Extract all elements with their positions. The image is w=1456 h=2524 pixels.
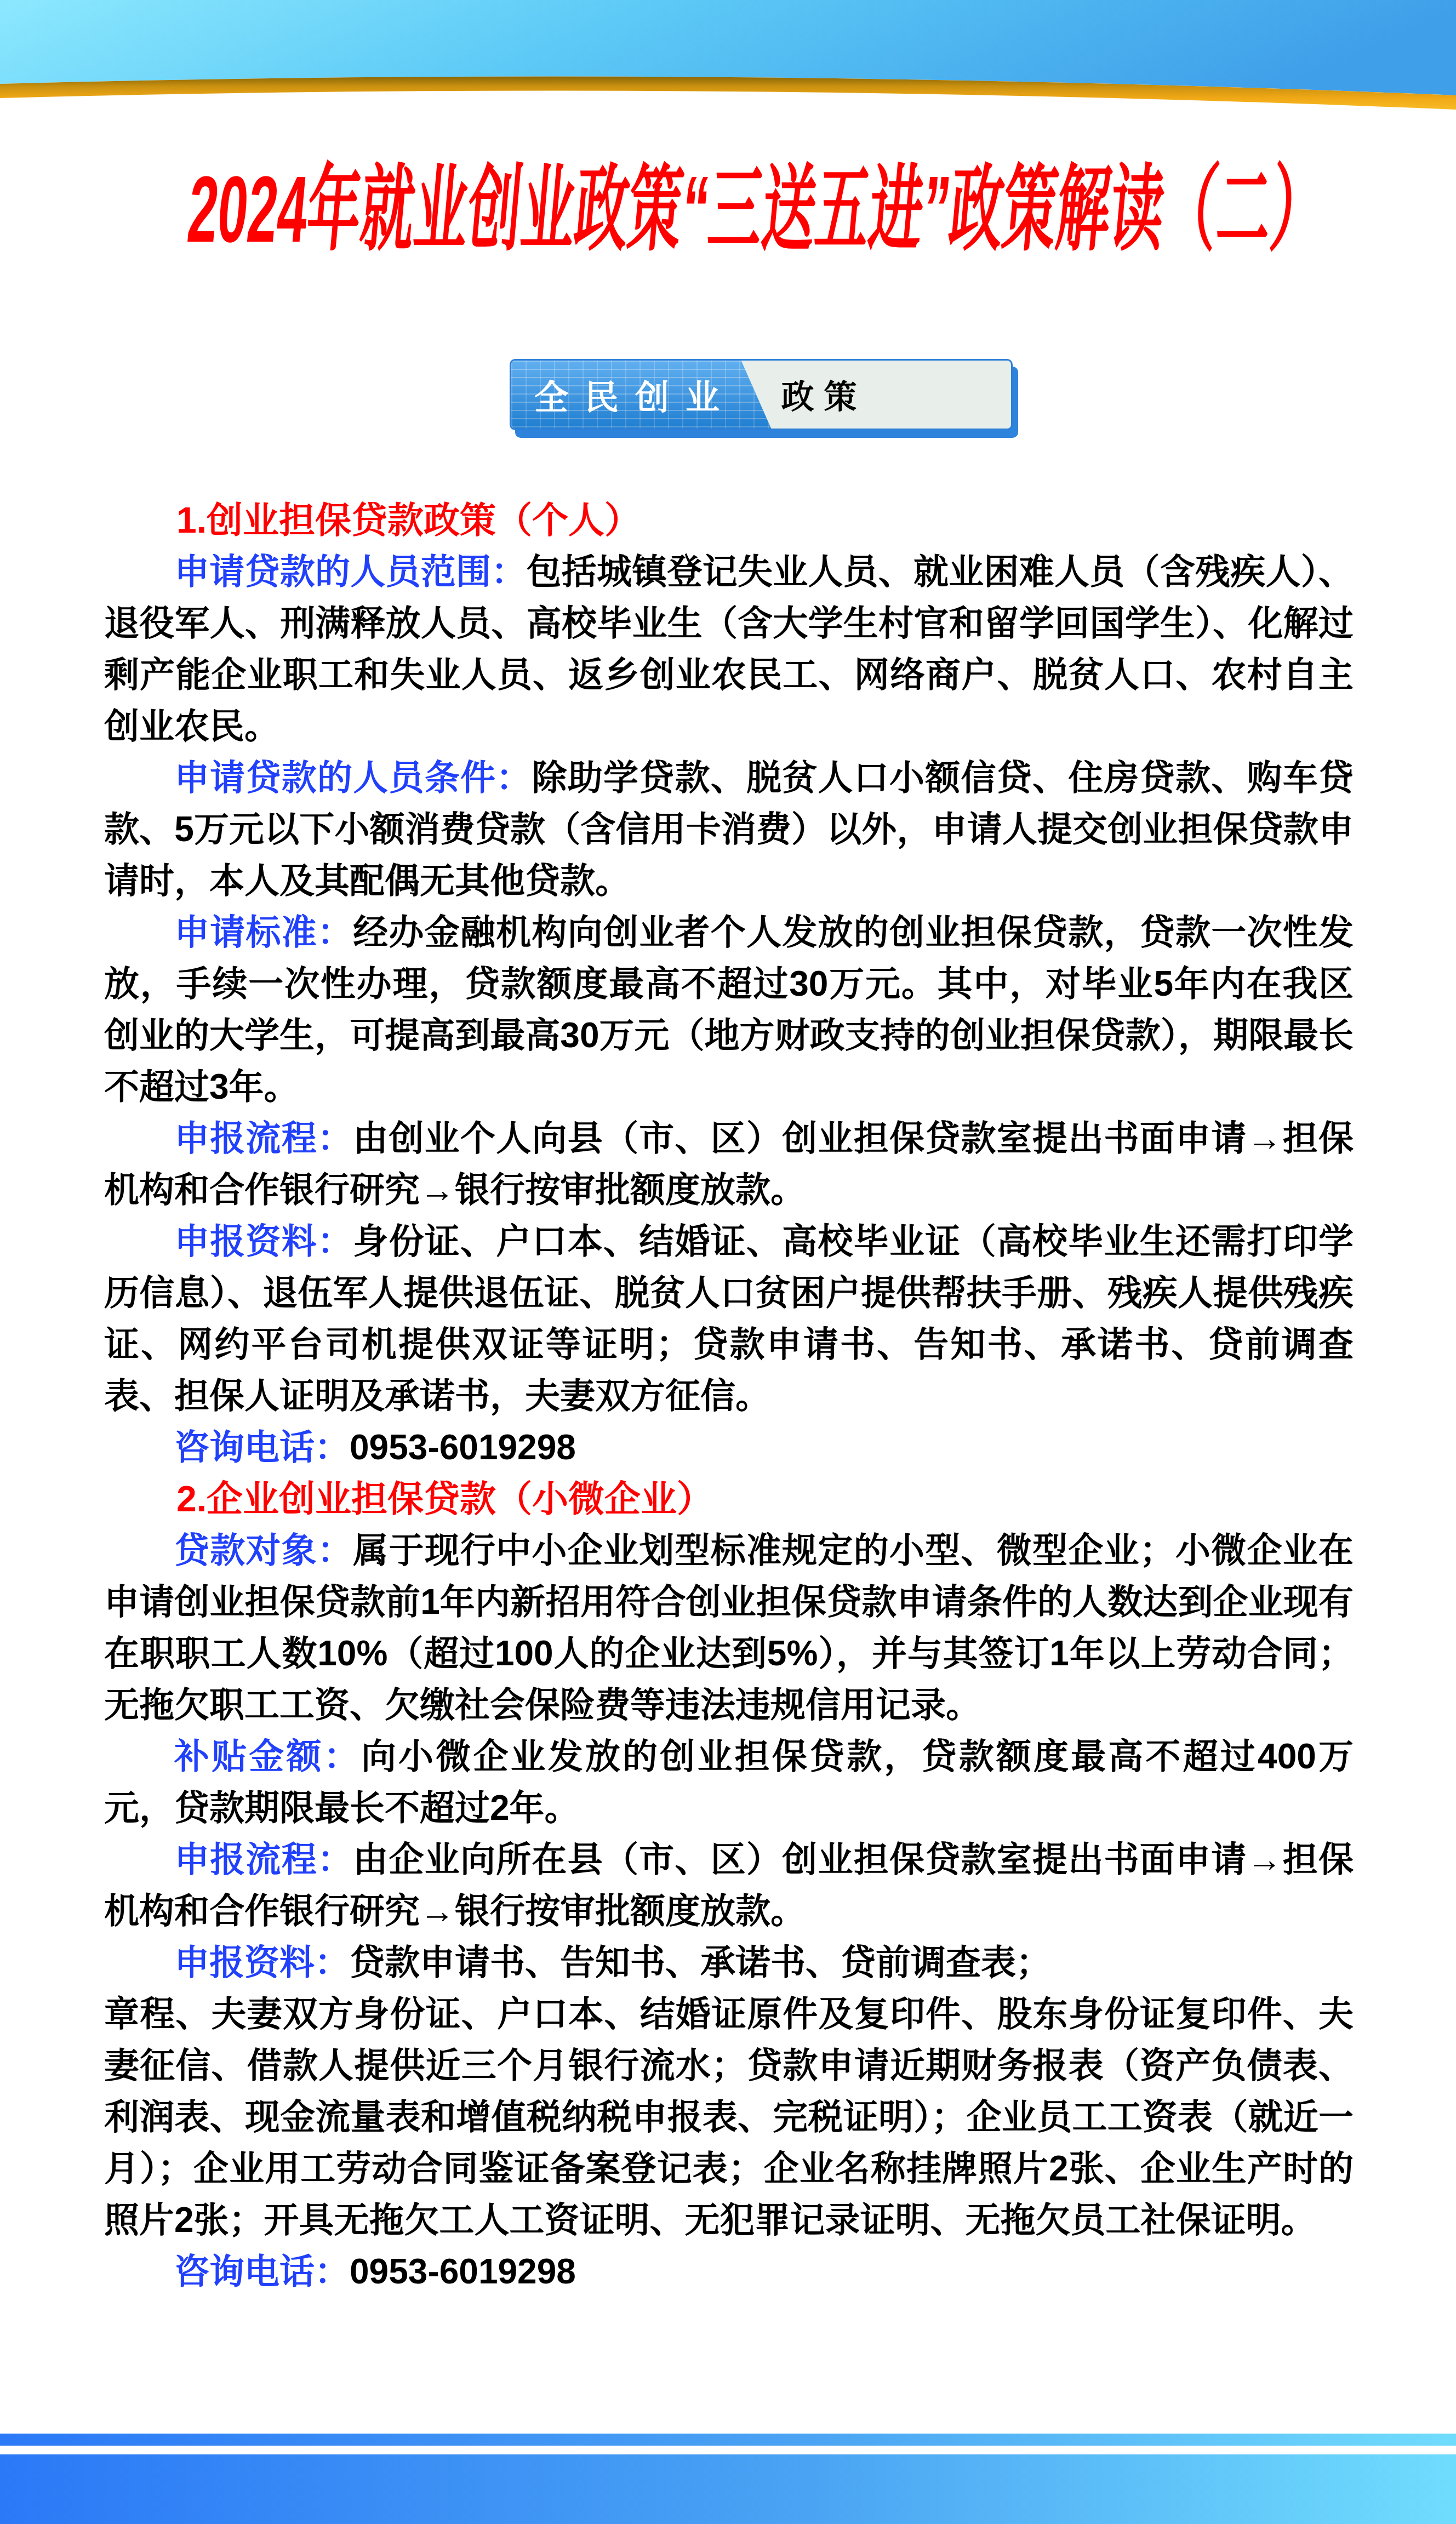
policy-paragraph: 申报资料：身份证、户口本、结婚证、高校毕业证（高校毕业生还需打印学历信息）、退伍… [104,1215,1354,1421]
footer-big-band [0,2454,1456,2524]
footer-thin-band [0,2434,1456,2446]
paragraph-label: 申请贷款的人员条件： [174,758,532,797]
policy-section: 1.创业担保贷款政策（个人） 申请贷款的人员范围：包括城镇登记失业人员、就业困难… [104,494,1354,1473]
header-banner [0,0,1456,121]
policy-paragraph: 咨询电话：0953-6019298 [104,1421,1354,1473]
policy-paragraph: 贷款对象：属于现行中小企业划型标准规定的小型、微型企业；小微企业在申请创业担保贷… [104,1524,1354,1731]
policy-section: 2.企业创业担保贷款（小微企业） 贷款对象：属于现行中小企业划型标准规定的小型、… [104,1473,1354,2297]
policy-paragraph: 申报流程：由创业个人向县（市、区）创业担保贷款室提出书面申请→担保机构和合作银行… [104,1112,1354,1215]
category-badge: 全民创业 政策 [510,359,1013,430]
section-heading: 2.企业创业担保贷款（小微企业） [104,1473,1354,1524]
paragraph-text: 0953-6019298 [350,2252,576,2291]
badge-left-label: 全民创业 [511,370,736,419]
paragraph-text: 0953-6019298 [350,1427,576,1467]
poster-page: 2024年就业创业政策“三送五进”政策解读（二） 全民创业 政策 1.创业担保贷… [0,0,1456,2524]
policy-paragraph: 申请贷款的人员条件：除助学贷款、脱贫人口小额信贷、住房贷款、购车贷款、5万元以下… [104,752,1354,906]
paragraph-label: 申报流程： [174,1118,353,1158]
paragraph-label: 咨询电话： [174,1427,350,1467]
badge-right-label: 政策 [781,371,866,418]
policy-paragraph: 申请标准：经办金融机构向创业者个人发放的创业担保贷款，贷款一次性发放，手续一次性… [104,906,1354,1112]
paragraph-label: 申请贷款的人员范围： [174,552,526,591]
paragraph-label: 申报流程： [174,1840,353,1879]
policy-paragraph: 章程、夫妻双方身份证、户口本、结婚证原件及复印件、股东身份证复印件、夫妻征信、借… [104,1988,1354,2246]
paragraph-label: 申报资料： [174,1221,353,1261]
paragraph-label: 申报资料： [174,1943,350,1982]
policy-paragraph: 补贴金额：向小微企业发放的创业担保贷款，贷款额度最高不超过400万元，贷款期限最… [104,1731,1354,1834]
paragraph-text: 章程、夫妻双方身份证、户口本、结婚证原件及复印件、股东身份证复印件、夫妻征信、借… [104,1994,1354,2240]
badge-blue-panel: 全民创业 [511,361,1011,429]
paragraph-label: 申请标准： [174,912,353,952]
page-title: 2024年就业创业政策“三送五进”政策解读（二） [183,134,1272,269]
policy-paragraph: 申请贷款的人员范围：包括城镇登记失业人员、就业困难人员（含残疾人）、退役军人、刑… [104,546,1354,752]
section-heading: 1.创业担保贷款政策（个人） [104,494,1354,546]
paragraph-text: 贷款申请书、告知书、承诺书、贷前调查表； [350,1943,1051,1982]
paragraph-label: 咨询电话： [174,2252,350,2291]
paragraph-label: 贷款对象： [174,1531,353,1570]
policy-paragraph: 申报资料：贷款申请书、告知书、承诺书、贷前调查表； [104,1937,1354,1988]
policy-sections: 1.创业担保贷款政策（个人） 申请贷款的人员范围：包括城镇登记失业人员、就业困难… [104,494,1354,2297]
policy-paragraph: 申报流程：由企业向所在县（市、区）创业担保贷款室提出书面申请→担保机构和合作银行… [104,1834,1354,1937]
policy-paragraph: 咨询电话：0953-6019298 [104,2246,1354,2297]
paragraph-label: 补贴金额： [174,1737,361,1776]
